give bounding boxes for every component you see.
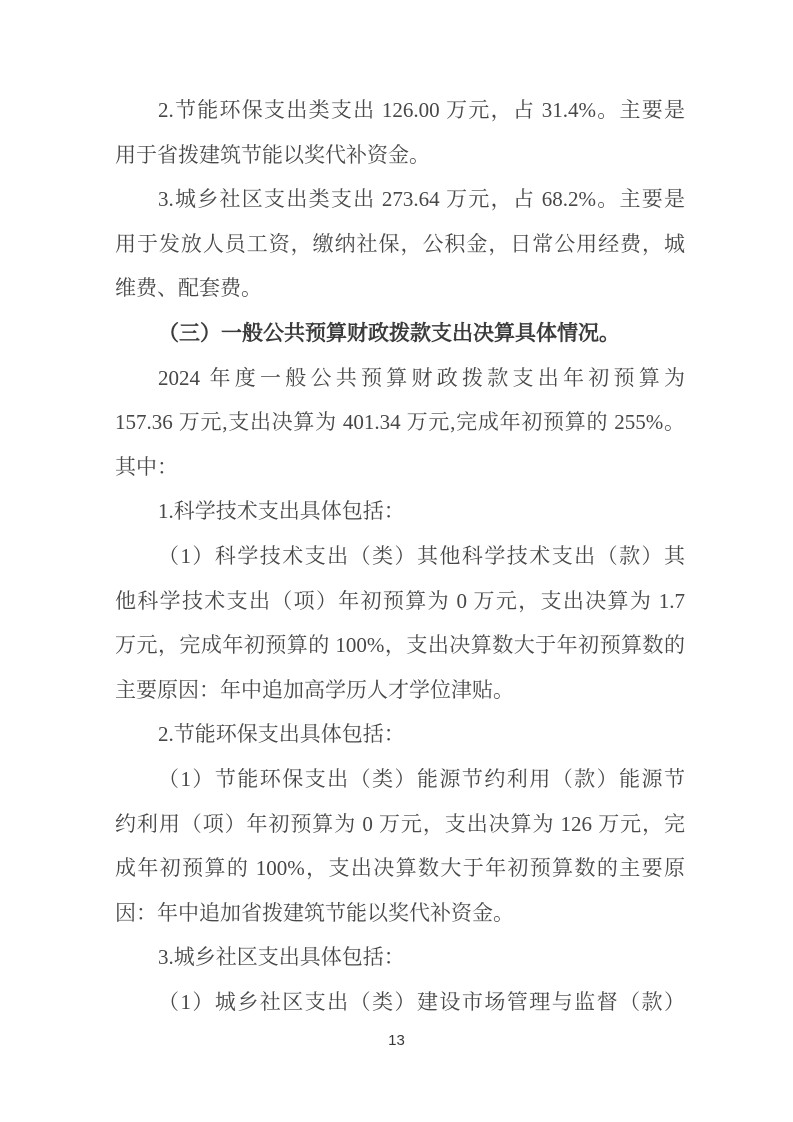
text-line: 2024 年度一般公共预算财政拨款支出年初预算为 [115, 356, 685, 401]
page-number: 13 [388, 1032, 405, 1049]
text-line: 约利用（项）年初预算为 0 万元，支出决算为 126 万元，完 [115, 802, 685, 847]
paragraph-6: （1）科学技术支出（类）其他科学技术支出（款）其他科学技术支出（项）年初预算为 … [115, 534, 685, 712]
text-line: 用于省拨建筑节能以奖代补资金。 [115, 133, 685, 178]
text-line: （1）科学技术支出（类）其他科学技术支出（款）其 [115, 534, 685, 579]
page-footer: 13 [0, 1032, 793, 1050]
text-line: 主要原因：年中追加高学历人才学位津贴。 [115, 668, 685, 713]
text-line: 2.节能环保支出类支出 126.00 万元，占 31.4%。主要是 [115, 88, 685, 133]
paragraph-2: 3.城乡社区支出类支出 273.64 万元，占 68.2%。主要是用于发放人员工… [115, 177, 685, 311]
document-page: 2.节能环保支出类支出 126.00 万元，占 31.4%。主要是用于省拨建筑节… [0, 0, 793, 1122]
paragraph-8: （1）节能环保支出（类）能源节约利用（款）能源节约利用（项）年初预算为 0 万元… [115, 757, 685, 935]
paragraph-10: （1）城乡社区支出（类）建设市场管理与监督（款） [115, 980, 685, 1025]
text-line: 2.节能环保支出具体包括： [115, 712, 685, 757]
paragraph-1: 2.节能环保支出类支出 126.00 万元，占 31.4%。主要是用于省拨建筑节… [115, 88, 685, 177]
paragraph-4: 2024 年度一般公共预算财政拨款支出年初预算为157.36 万元,支出决算为 … [115, 356, 685, 490]
text-line: （三）一般公共预算财政拨款支出决算具体情况。 [115, 311, 685, 356]
text-line: 用于发放人员工资，缴纳社保，公积金，日常公用经费，城 [115, 222, 685, 267]
paragraph-5: 1.科学技术支出具体包括： [115, 489, 685, 534]
paragraph-3: （三）一般公共预算财政拨款支出决算具体情况。 [115, 311, 685, 356]
text-line: 3.城乡社区支出具体包括： [115, 935, 685, 980]
document-body: 2.节能环保支出类支出 126.00 万元，占 31.4%。主要是用于省拨建筑节… [115, 88, 685, 1024]
document-viewer: { "page": { "number": "13", "background_… [0, 0, 793, 1122]
text-line: 成年初预算的 100%，支出决算数大于年初预算数的主要原 [115, 846, 685, 891]
text-line: 1.科学技术支出具体包括： [115, 489, 685, 534]
text-line: 157.36 万元,支出决算为 401.34 万元,完成年初预算的 255%。 [115, 400, 685, 445]
text-line: 因：年中追加省拨建筑节能以奖代补资金。 [115, 891, 685, 936]
text-line: 3.城乡社区支出类支出 273.64 万元，占 68.2%。主要是 [115, 177, 685, 222]
text-line: 其中： [115, 445, 685, 490]
paragraph-7: 2.节能环保支出具体包括： [115, 712, 685, 757]
paragraph-9: 3.城乡社区支出具体包括： [115, 935, 685, 980]
text-line: （1）节能环保支出（类）能源节约利用（款）能源节 [115, 757, 685, 802]
text-line: （1）城乡社区支出（类）建设市场管理与监督（款） [115, 980, 685, 1025]
text-line: 维费、配套费。 [115, 266, 685, 311]
text-line: 万元，完成年初预算的 100%，支出决算数大于年初预算数的 [115, 623, 685, 668]
text-line: 他科学技术支出（项）年初预算为 0 万元，支出决算为 1.7 [115, 579, 685, 624]
